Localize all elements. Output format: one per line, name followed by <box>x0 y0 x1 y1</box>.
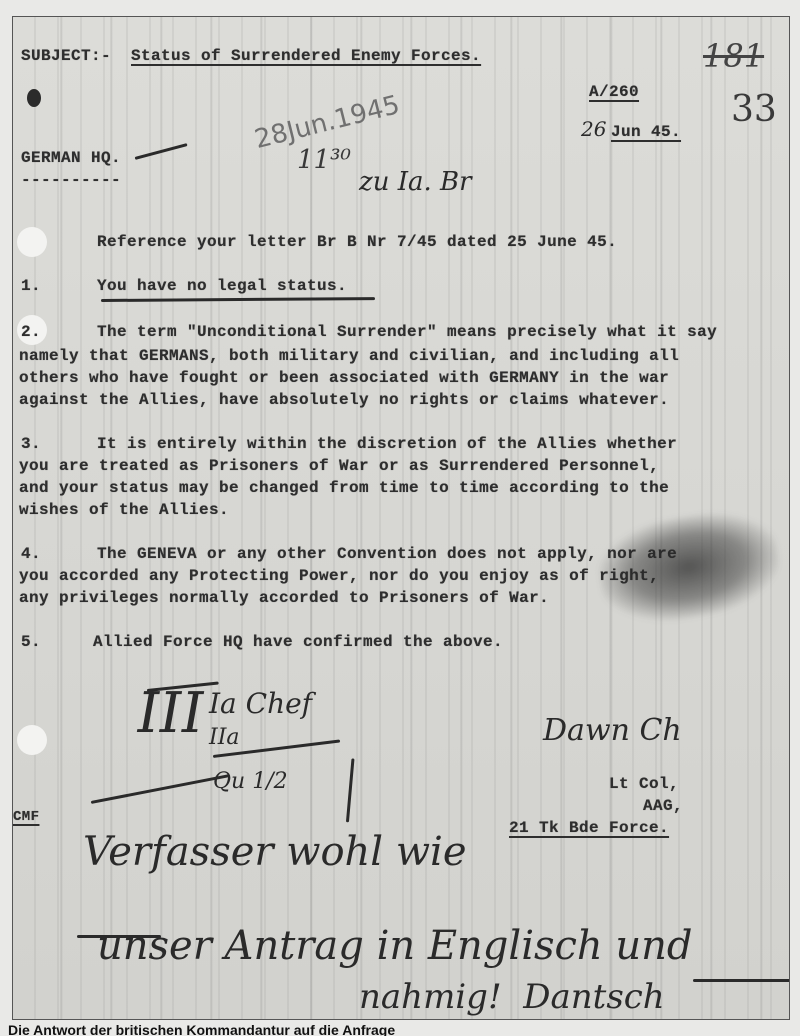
figure-caption: Die Antwort der britischen Kommandantur … <box>8 1022 395 1036</box>
subject-label: SUBJECT:- <box>21 47 111 65</box>
paragraph-number: 5. <box>21 633 41 651</box>
paragraph-2-line: The term "Unconditional Surrender" means… <box>97 323 717 341</box>
handwritten-routing-line: Qu 1/2 <box>213 769 288 794</box>
handwritten-initials: zu Ia. Br <box>359 167 472 197</box>
handwritten-underline <box>101 297 375 301</box>
paragraph-4-line: any privileges normally accorded to Pris… <box>19 589 549 607</box>
signature: Dawn Ch <box>543 713 682 748</box>
paragraph-1-line: You have no legal status. <box>97 277 347 295</box>
crossed-folio-number: 181 <box>703 37 764 75</box>
paragraph-3-line: wishes of the Allies. <box>19 501 229 519</box>
document-sheet: SUBJECT:- Status of Surrendered Enemy Fo… <box>12 16 790 1020</box>
addressee: GERMAN HQ. <box>21 149 121 167</box>
paragraph-number: 4. <box>21 545 41 563</box>
paragraph-4-line: The GENEVA or any other Convention does … <box>97 545 677 563</box>
letter-date: Jun 45. <box>611 123 681 141</box>
punch-hole <box>17 227 47 257</box>
paragraph-5-line: Allied Force HQ have confirmed the above… <box>93 633 503 651</box>
handwritten-note-line: Verfasser wohl wie <box>83 829 467 875</box>
paragraph-3-line: and your status may be changed from time… <box>19 479 669 497</box>
handwritten-note-line: unser Antrag in Englisch und <box>97 923 693 969</box>
signatory-role: AAG, <box>643 797 683 815</box>
signatory-unit: 21 Tk Bde Force. <box>509 819 669 837</box>
handwritten-note-line: nahmig! Dantsch <box>359 977 665 1017</box>
folio-number: 33 <box>731 89 777 130</box>
handwritten-routing-line: IIa <box>209 725 240 750</box>
pen-stroke <box>91 774 229 804</box>
addressee-rule: ---------- <box>21 171 121 189</box>
handwritten-day: 26 <box>581 117 606 141</box>
distribution-label: CMF <box>13 809 39 825</box>
paragraph-number: 2. <box>21 323 41 341</box>
paragraph-2-line: namely that GERMANS, both military and c… <box>19 347 679 365</box>
pen-stroke <box>135 143 188 160</box>
ink-smudge <box>592 502 787 632</box>
ink-blot <box>27 89 41 107</box>
signatory-rank: Lt Col, <box>609 775 679 793</box>
subject-title: Status of Surrendered Enemy Forces. <box>131 47 481 65</box>
paragraph-4-line: you accorded any Protecting Power, nor d… <box>19 567 659 585</box>
pen-stroke <box>346 758 355 822</box>
reference-code: A/260 <box>589 83 639 101</box>
paragraph-2-line: against the Allies, have absolutely no r… <box>19 391 669 409</box>
paragraph-3-line: you are treated as Prisoners of War or a… <box>19 457 659 475</box>
pen-stroke <box>693 979 790 982</box>
reference-line: Reference your letter Br B Nr 7/45 dated… <box>97 233 617 251</box>
handwritten-roman-numeral: III <box>131 681 209 746</box>
paragraph-number: 3. <box>21 435 41 453</box>
paragraph-number: 1. <box>21 277 41 295</box>
punch-hole <box>17 725 47 755</box>
received-time: 11³⁰ <box>297 145 351 175</box>
paragraph-3-line: It is entirely within the discretion of … <box>97 435 677 453</box>
handwritten-routing-line: Ia Chef <box>209 687 312 720</box>
paragraph-2-line: others who have fought or been associate… <box>19 369 669 387</box>
